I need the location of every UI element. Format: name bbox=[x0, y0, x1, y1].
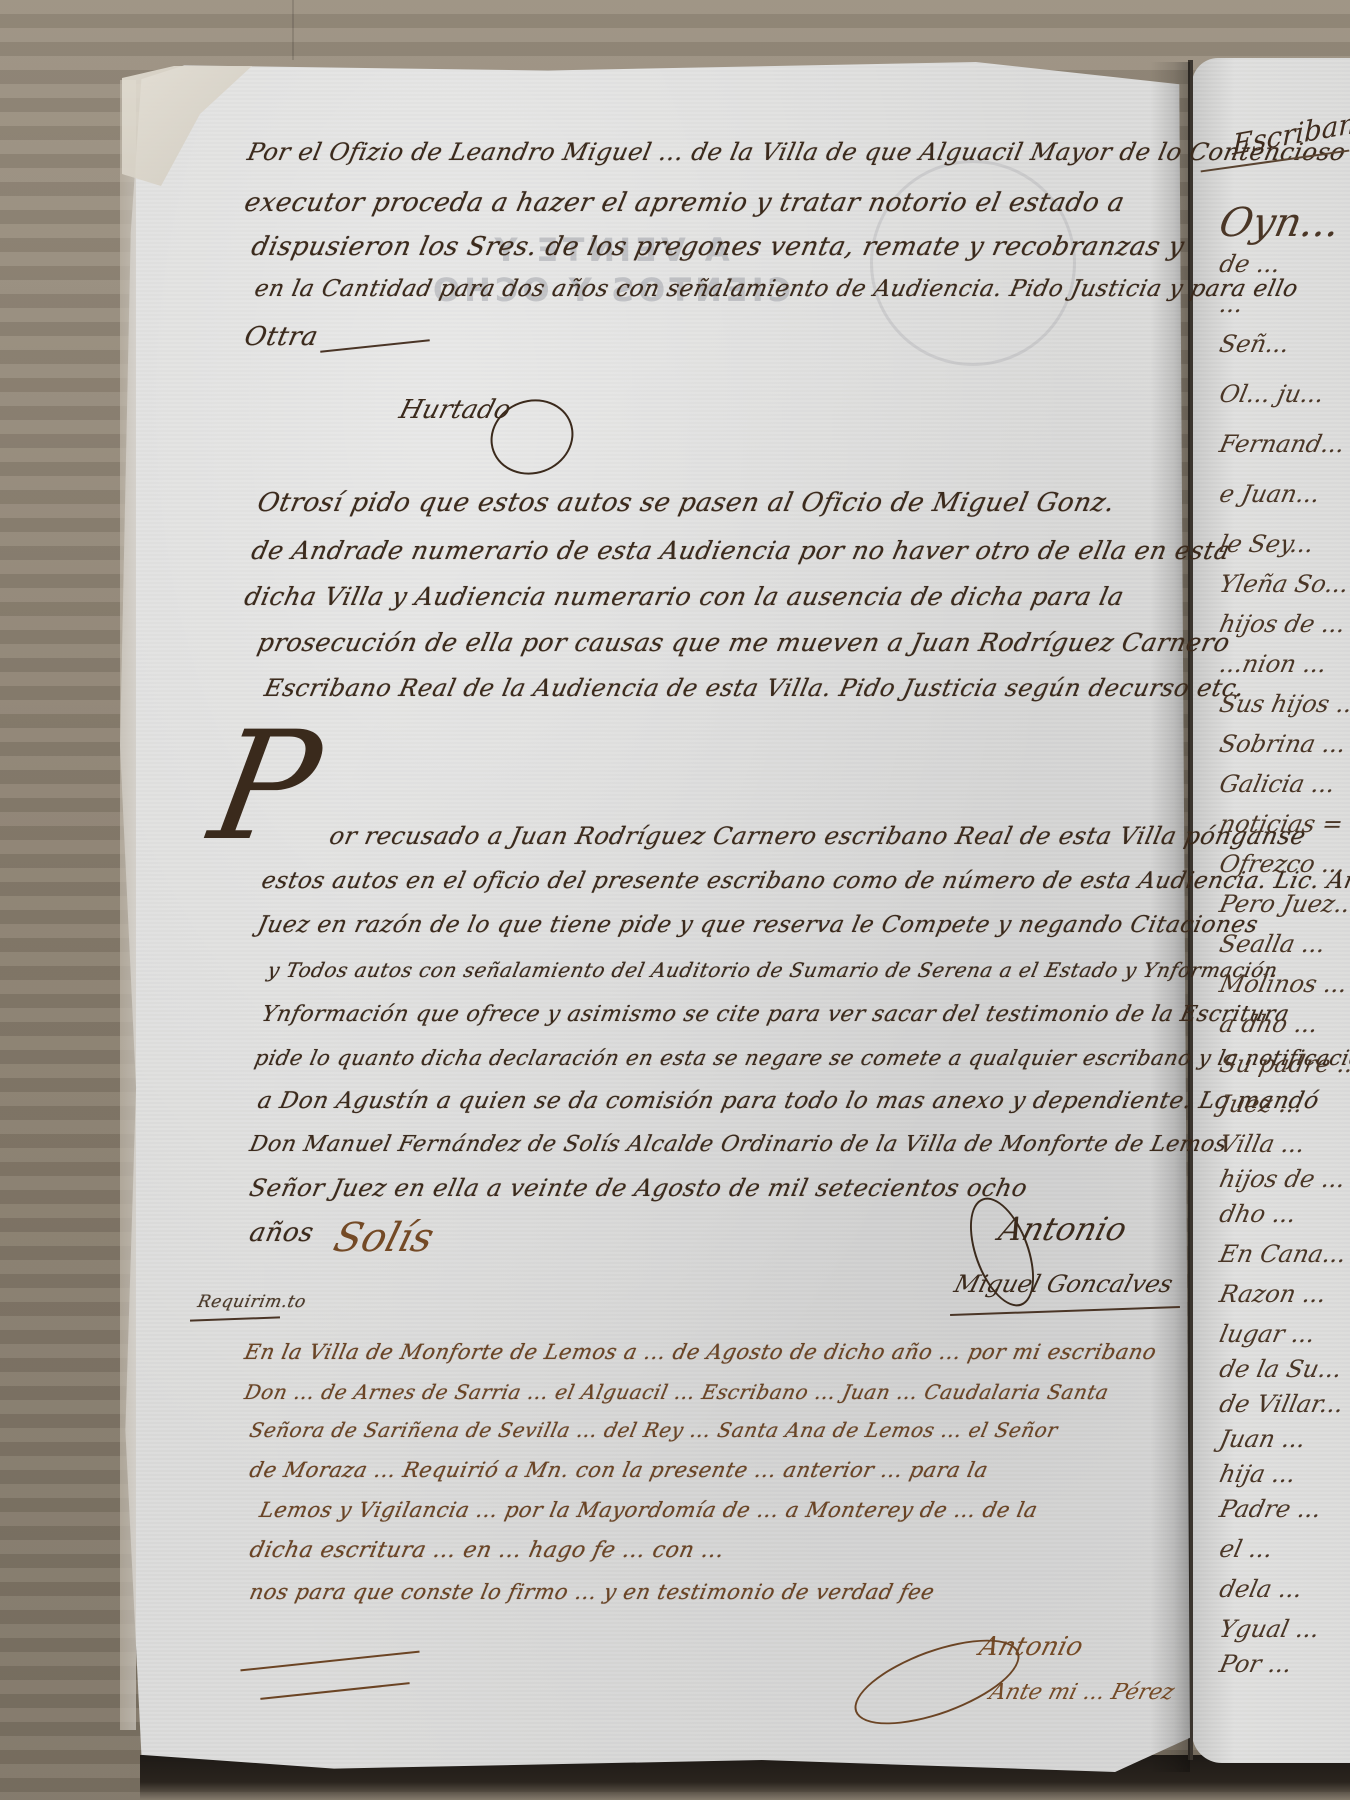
text-line: dho ... bbox=[1217, 1200, 1299, 1228]
text-line: de Andrade numerario de esta Audiencia p… bbox=[249, 536, 1233, 565]
text-line: a dho ... bbox=[1217, 1010, 1321, 1038]
text-line: Villa ... bbox=[1217, 1130, 1308, 1158]
text-line: el ... bbox=[1217, 1535, 1275, 1563]
signature-miguel: Miguel Goncalves bbox=[951, 1270, 1176, 1298]
text-line: de la Su... bbox=[1217, 1355, 1345, 1383]
text-line: Don Manuel Fernández de Solís Alcalde Or… bbox=[247, 1132, 1229, 1157]
text-line: Señor Juez en ella a veinte de Agosto de… bbox=[247, 1174, 1030, 1202]
text-line: de Moraza ... Requirió a Mn. con la pres… bbox=[247, 1458, 990, 1482]
text-line: dispusieron los Sres. de los pregones ve… bbox=[249, 232, 1187, 262]
text-line: Yleña So... bbox=[1217, 570, 1350, 598]
text-line: Su padre ... bbox=[1217, 1050, 1350, 1078]
text-line: Juez ... bbox=[1217, 1090, 1305, 1118]
text-line: or recusado a Juan Rodríguez Carnero esc… bbox=[327, 822, 1309, 850]
text-line: Molinos ... bbox=[1217, 970, 1350, 998]
text-line: dicha escritura ... en ... hago fe ... c… bbox=[247, 1538, 726, 1563]
text-line: hija ... bbox=[1217, 1460, 1298, 1488]
text-line: años bbox=[247, 1218, 317, 1248]
text-line: dela ... bbox=[1217, 1575, 1305, 1603]
text-line: ...nion ... bbox=[1217, 650, 1329, 678]
text-line: Señora de Sariñena de Sevilla ... del Re… bbox=[247, 1418, 1060, 1442]
text-line: Oyn... bbox=[1215, 200, 1344, 246]
text-line: Pero Juez... bbox=[1217, 890, 1350, 918]
text-line: dicha Villa y Audiencia numerario con la… bbox=[242, 582, 1127, 611]
text-line: Sealla ... bbox=[1217, 930, 1328, 958]
signature-solis: Solís bbox=[329, 1215, 439, 1261]
page-edge bbox=[120, 80, 136, 1730]
text-line: le Sey... bbox=[1217, 530, 1316, 558]
text-line: Don ... de Arnes de Sarria ... el Alguac… bbox=[242, 1380, 1111, 1404]
text-line: en la Cantidad para dos años con señalam… bbox=[252, 276, 1300, 302]
text-line: Escribano Real de la Audiencia de esta V… bbox=[262, 674, 1247, 702]
text-line: Sobrina ... bbox=[1217, 730, 1349, 758]
cardboard-seam bbox=[292, 0, 294, 60]
text-line: Ol... ju... bbox=[1217, 380, 1327, 408]
text-line: y Todos autos con señalamiento del Audit… bbox=[265, 958, 1280, 982]
text-line: lugar ... bbox=[1217, 1320, 1318, 1348]
text-line: hijos de ... bbox=[1217, 610, 1348, 638]
text-line: Fernand... bbox=[1217, 430, 1347, 458]
text-line: Ynformación que ofrece y asimismo se cit… bbox=[259, 1002, 1291, 1027]
text-line: En Cana... bbox=[1217, 1240, 1349, 1268]
text-line: En la Villa de Monforte de Lemos a ... d… bbox=[242, 1340, 1158, 1364]
text-line: de Villar... bbox=[1217, 1390, 1346, 1418]
text-line: hijos de ... bbox=[1217, 1165, 1348, 1193]
text-line: Ygual ... bbox=[1217, 1615, 1322, 1643]
text-line: Juan ... bbox=[1217, 1425, 1308, 1453]
text-line: pide lo quanto dicha declaración en esta… bbox=[252, 1046, 1350, 1070]
text-line: Galicia ... bbox=[1217, 770, 1338, 798]
text-line: nos para que conste lo firmo ... y en te… bbox=[247, 1580, 936, 1604]
text-line: estos autos en el oficio del presente es… bbox=[259, 868, 1350, 894]
margin-note: Requirim.to bbox=[196, 1292, 308, 1312]
signature-notary: Ante mi ... Pérez bbox=[987, 1680, 1177, 1705]
text-line: e Juan... bbox=[1217, 480, 1323, 508]
text-line: Padre ... bbox=[1217, 1495, 1324, 1523]
text-line: Razon ... bbox=[1217, 1280, 1329, 1308]
text-line: Sus hijos ... bbox=[1217, 690, 1350, 718]
text-line: Señ... bbox=[1217, 330, 1292, 358]
text-line: Ottra bbox=[242, 322, 321, 352]
text-line: Juez en razón de lo que tiene pide y que… bbox=[255, 912, 1260, 938]
text-line: de ... bbox=[1217, 250, 1283, 278]
text-line: Por el Ofizio de Leandro Miguel ... de l… bbox=[245, 138, 1348, 166]
text-line: Ofrezco ... bbox=[1217, 850, 1348, 878]
text-line: Otrosí pido que estos autos se pasen al … bbox=[255, 488, 1118, 518]
text-line: noticias = bbox=[1217, 810, 1346, 838]
text-line: executor proceda a hazer el apremio y tr… bbox=[242, 188, 1127, 218]
text-line: Por ... bbox=[1217, 1650, 1295, 1678]
text-line: Lemos y Vigilancia ... por la Mayordomía… bbox=[257, 1498, 1040, 1522]
text-line: prosecución de ella por causas que me mu… bbox=[255, 628, 1233, 657]
text-line: a Don Agustín a quien se da comisión par… bbox=[255, 1088, 1321, 1114]
